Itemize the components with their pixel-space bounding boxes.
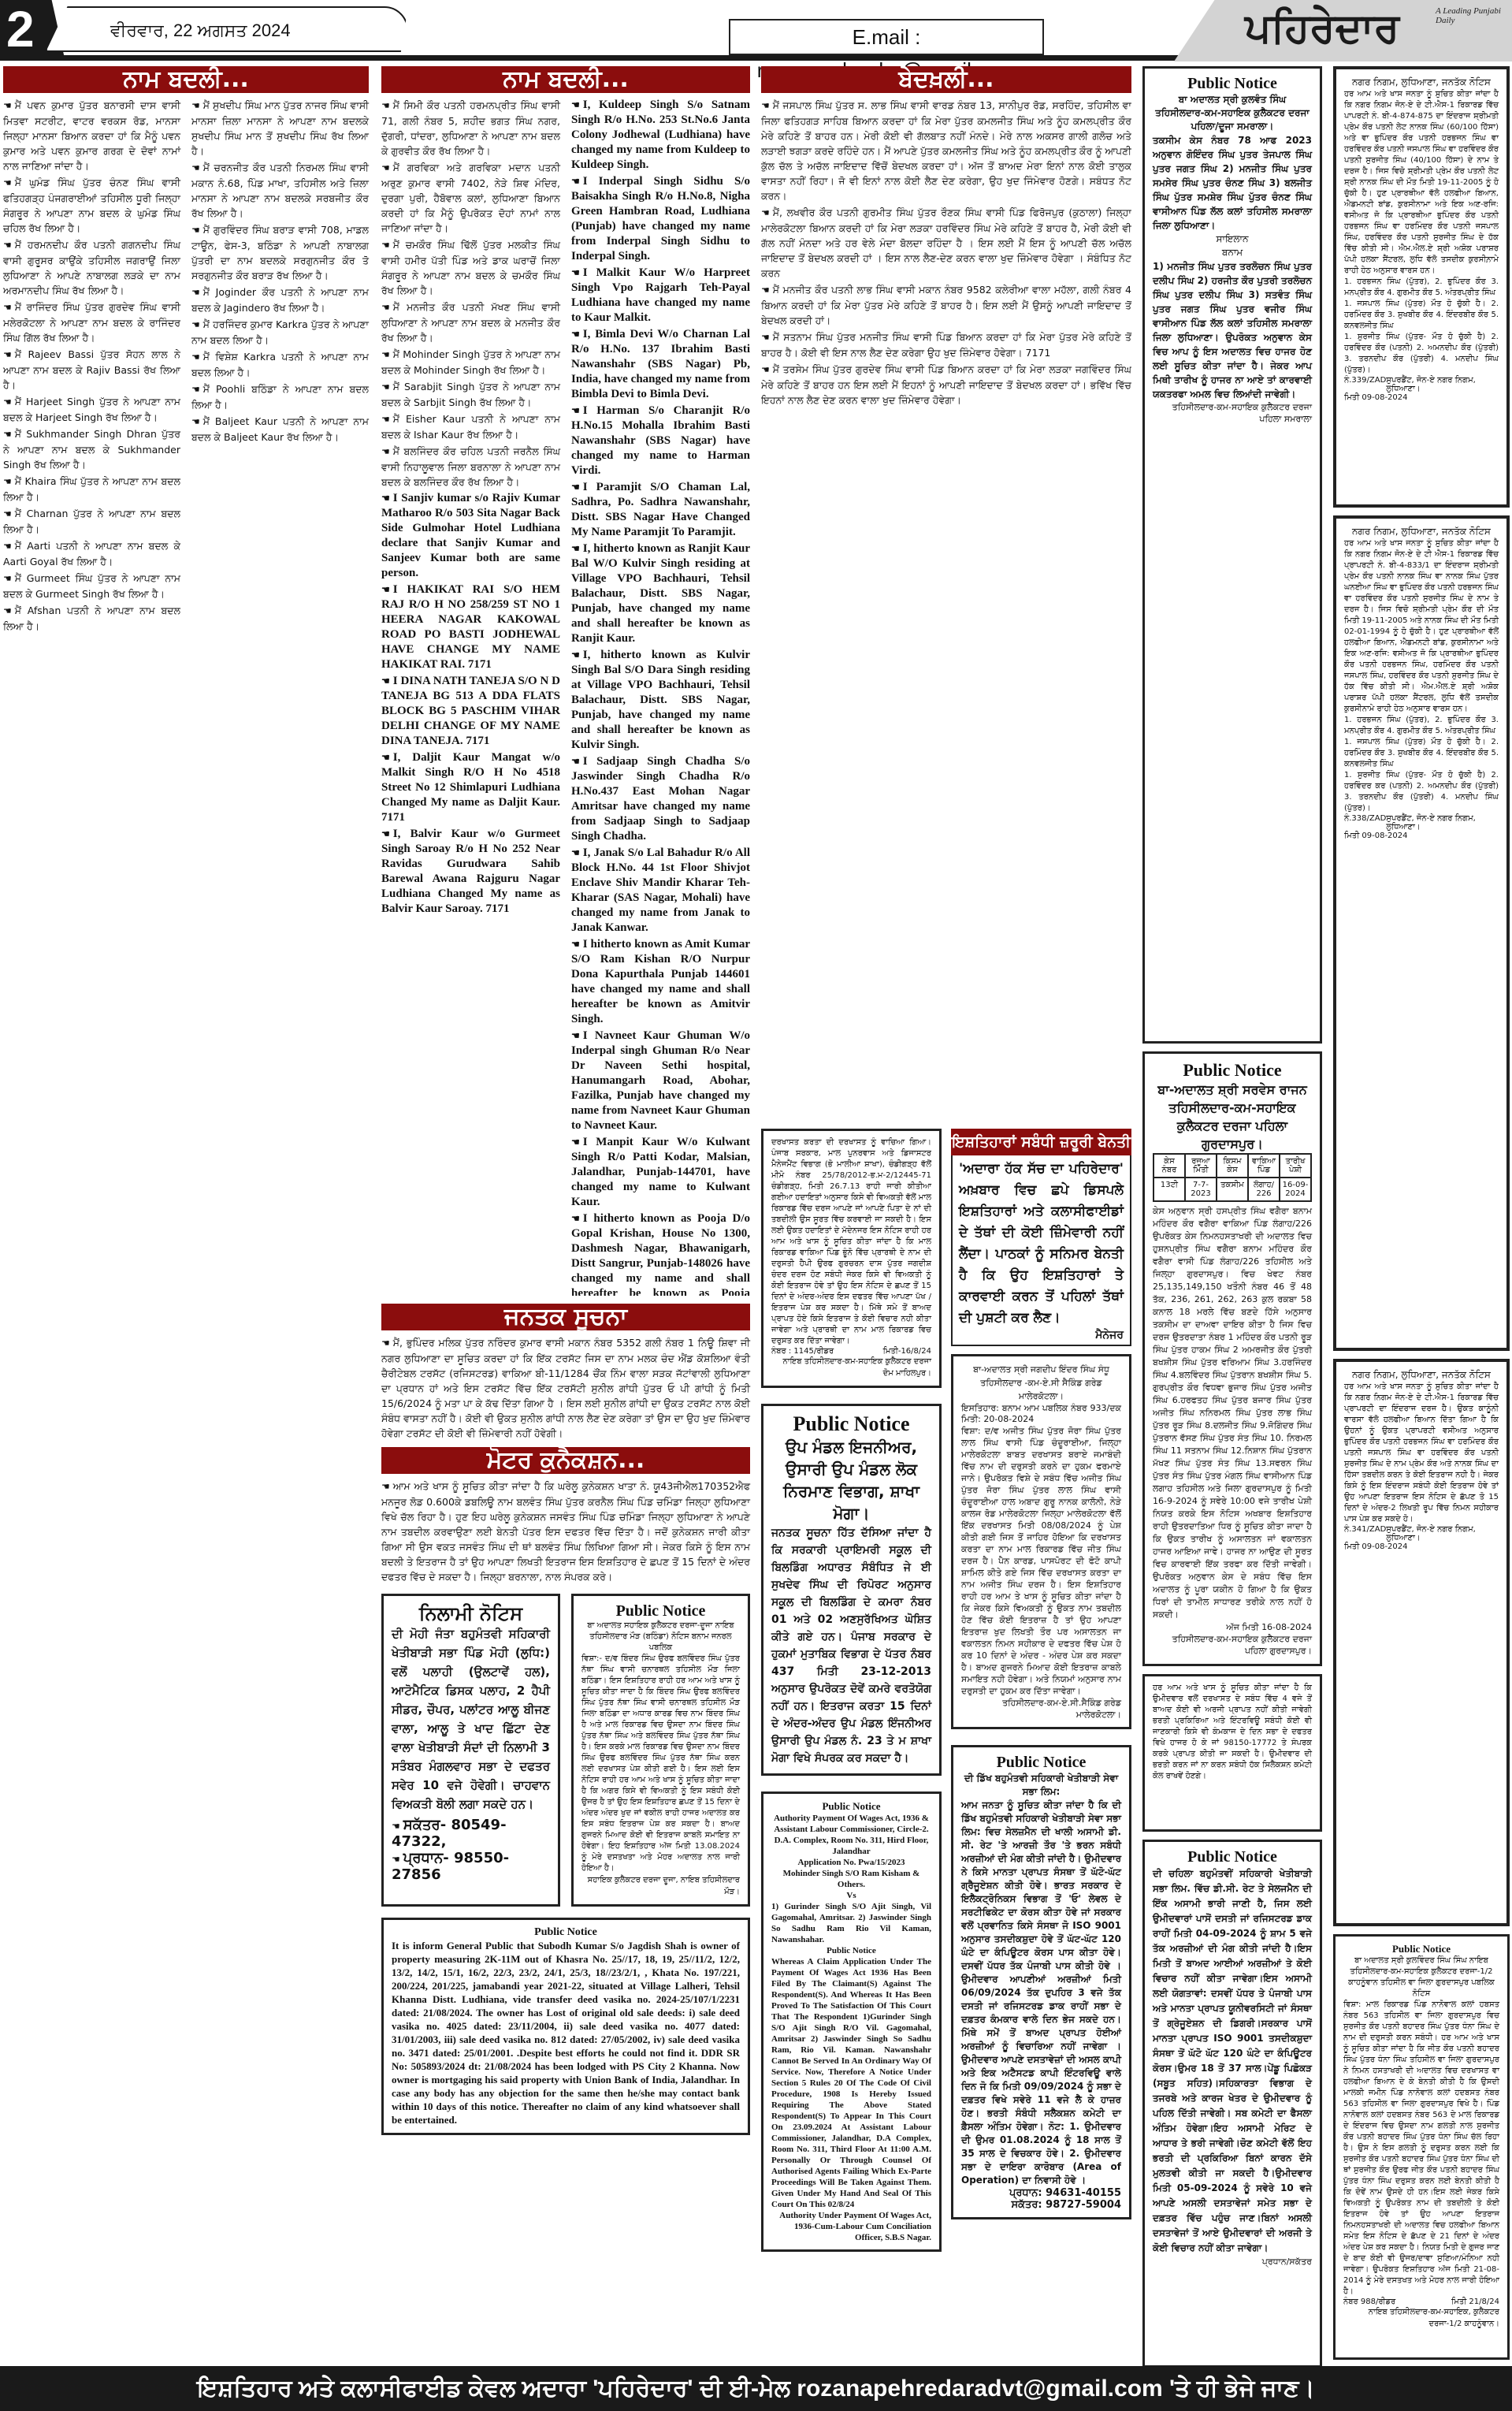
classified-entry: ☚ਮੈਂ Sukhmander Singh Dhran ਪੁੱਤਰ ਨੇ ਆਪਣ… xyxy=(3,426,180,472)
pointing-hand-icon: ☚ xyxy=(191,319,200,330)
classified-entry: ☚ਮੈਂ Gurmeet ਸਿੰਘ ਪੁੱਤਰ ਨੇ ਆਪਣਾ ਨਾਮ ਬਦਲ … xyxy=(3,571,180,601)
notice-body: ਵਿਸ਼ਾ: ਮਾਲ ਰਿਕਾਰਡ ਪਿੰਡ ਨਾਨੋਵਾਲ ਕਲਾਂ ਹਬਸਤ… xyxy=(1343,2000,1499,2298)
motor-connection-entry: ☚ਆਮ ਅਤੇ ਖਾਸ ਨੂੰ ਸੂਚਿਤ ਕੀਤਾ ਜਾਂਦਾ ਹੈ ਕਿ ਘ… xyxy=(381,1479,750,1584)
column-name-change-2: ਨਾਮ ਬਦਲੀ... ☚ਮੈਂ ਸਿਮੀ ਕੌਰ ਪਤਨੀ ਹਰਮਨਪ੍ਰੀਤ… xyxy=(381,66,750,2143)
pointing-hand-icon: ☚ xyxy=(3,429,12,440)
notice-signature: ਸੁਪਰਡੈਂਟ, ਜੋਨ-ਏ ਨਗਰ ਨਿਗਮ, ਲੁਧਿਆਣਾ। xyxy=(1386,376,1499,393)
disinherit-entry: ☚ਮੈਂ ਸਤਨਾਮ ਸਿੰਘ ਪੁੱਤਰ ਮਨਜੀਤ ਸਿੰਘ ਵਾਸੀ ਪਿ… xyxy=(761,329,1131,360)
notice-ref: ਨੰਬਰ : 1145/ਰੀਡਰ xyxy=(771,1347,834,1356)
ludhiana-mc-notice: ਨਗਰ ਨਿਗਮ, ਲੁਧਿਆਣਾ, ਜਨਤੱਕ ਨੋਟਿਸ ਹਰ ਆਮ ਅਤੇ… xyxy=(1333,66,1510,508)
table-header: ਤਾਰੀਖ ਪੇਸ਼ੀ xyxy=(1280,1154,1311,1178)
notice-signature: ਸੁਪਰਡੈਂਟ, ਜੋਨ-ਏ ਨਗਰ ਨਿਗਮ, ਲੁਧਿਆਣਾ। xyxy=(1386,814,1499,832)
classified-entry: ☚ਮੈਂ ਚਮਕੌਰ ਸਿੰਘ ਢਿੱਲੋਂ ਪੁੱਤਰ ਮਲਕੀਤ ਸਿੰਘ … xyxy=(381,237,560,298)
notice-ref: ਨੰ.338/ZAD xyxy=(1344,814,1386,832)
classified-entry: ☚I DINA NATH TANEJA S/O N D TANEJA BG 51… xyxy=(381,674,560,749)
notice-society: ਦੀ ਡਿੱਖ ਬਹੁਮੰਤਵੀ ਸਹਿਕਾਰੀ ਖੇਤੀਬਾੜੀ ਸੇਵਾ ਸ… xyxy=(961,1772,1121,1799)
notice-title: ਨਗਰ ਨਿਗਮ, ਲੁਧਿਆਣਾ, ਜਨਤੱਕ ਨੋਟਿਸ xyxy=(1344,1368,1499,1382)
notice-date: ਮਿਤੀ-16/8/24 xyxy=(883,1347,931,1356)
classified-entry: ☚I, Kuldeep Singh S/o Satnam Singh R/o H… xyxy=(571,98,750,173)
pointing-hand-icon: ☚ xyxy=(381,302,390,313)
pointing-hand-icon: ☚ xyxy=(381,828,390,839)
notice-ref: ਨੰ.339/ZAD xyxy=(1344,376,1386,393)
pointing-hand-icon: ☚ xyxy=(3,476,12,487)
pointing-hand-icon: ☚ xyxy=(3,100,12,111)
notice-title: Public Notice xyxy=(1153,75,1312,93)
pointing-hand-icon: ☚ xyxy=(381,240,390,251)
table-cell: 16-09-2024 xyxy=(1280,1178,1311,1201)
notice-title: Public Notice xyxy=(1153,1848,1312,1866)
notice-court: ਬਾ ਅਦਾਲਤ ਸ੍ਰੀ ਕੁਲਵਿੰਦਰ ਸਿੰਘ ਸਿੰਘ ਨਾਇਬ ਤਹ… xyxy=(1343,1955,1499,2000)
chahila-public-notice: Public Notice ਦੀ ਚਹਿਲਾ ਬਹੁਮੰਤਵੀਂ ਸਹਿਕਾਰੀ… xyxy=(1142,1840,1322,2368)
notice-title: Public Notice xyxy=(1153,1060,1312,1081)
column-notices-a: Public Notice ਬਾ ਅਦਾਲਤ ਸ੍ਰੀ ਕੁਲਵੰਤ ਸਿੰਘ … xyxy=(1142,66,1322,2376)
notice-title: ਨਗਰ ਨਿਗਮ, ਲੁਧਿਆਣਾ, ਜਨਤੱਕ ਨੋਟਿਸ xyxy=(1344,76,1499,89)
moga-public-notice: Public Notice ਉਪ ਮੰਡਲ ਇਜਨੀਅਰ, ਉਸਾਰੀ ਉਪ ਮ… xyxy=(761,1404,942,1776)
notice-signature: ਸਹਾਇਕ ਕੁਲੈਕਟਰ ਦਰਜਾ ਦੂਜਾ, ਨਾਇਬ ਤਹਿਸੀਲਦਾਰ … xyxy=(581,1874,740,1898)
classified-entry: ☚ਮੈਂ Khaira ਸਿੰਘ ਪੁੱਤਰ ਨੇ ਆਪਣਾ ਨਾਮ ਬਦਲ ਲ… xyxy=(3,474,180,504)
notice-court: ਬਾ ਅਦਾਲਤ ਸਹਾਇਕ ਕੁਲੈਕਟਰ ਦਰਜਾ-ਦੂਜਾ ਨਾਇਬ ਤਹ… xyxy=(581,1620,740,1654)
mahilpur-notice: ਦਰਖਾਸਤ ਕਰਤਾ ਦੀ ਦਰਖਾਸਤ ਨੂੰ ਵਾਚਿਆ ਗਿਆ। ਪੰਜ… xyxy=(761,1129,942,1388)
classified-entry: ☚ਮੈਂ ਸੁਖਦੀਪ ਸਿੰਘ ਮਾਨ ਪੁੱਤਰ ਨਾਜਰ ਸਿੰਘ ਵਾਸ… xyxy=(191,98,369,158)
secretary-phone: ☚ਸਕੱਤਰ- 80549-47322, xyxy=(392,1817,550,1850)
classified-entry: ☚I, Janak S/o Lal Bahadur R/o All Block … xyxy=(571,846,750,936)
pointing-hand-icon: ☚ xyxy=(381,493,390,504)
classified-entry: ☚I Paramjit S/O Chaman Lal, Sadhra, Po. … xyxy=(571,480,750,540)
table-header: ਕਿਸਮ ਕੇਸ xyxy=(1217,1154,1248,1178)
notice-date: ਮਿਤੀ 09-08-2024 xyxy=(1344,832,1499,840)
notice-body: ਹਰ ਆਮ ਅਤੇ ਖਾਸ ਜਨਤਾ ਨੂੰ ਸੁਚਿਤ ਕੀਤਾ ਜਾਂਦਾ … xyxy=(1344,538,1499,715)
ludhiana-mc-notice: ਨਗਰ ਨਿਗਮ, ਲੁਧਿਆਣਾ, ਜਨਤੱਕ ਨੋਟਿਸ ਹਰ ਆਮ ਅਤੇ… xyxy=(1333,515,1510,1351)
pointing-hand-icon: ☚ xyxy=(381,1481,390,1492)
heir-list: 1. ਹਰਭਜਨ ਸਿੰਘ (ਪੁੱਤਰ), 2. ਭੁਪਿੰਦਰ ਕੌਰ 3.… xyxy=(1344,715,1499,737)
pointing-hand-icon: ☚ xyxy=(3,240,12,251)
pointing-hand-icon: ☚ xyxy=(571,329,580,340)
classified-entry: ☚ਮੈਂ Mohinder Singh ਪੁੱਤਰ ਨੇ ਆਪਣਾ ਨਾਮ ਬਦ… xyxy=(381,347,560,378)
classified-entry: ☚ਮੈਂ Rajeev Bassi ਪੁੱਤਰ ਸੋਹਨ ਲਾਲ ਨੇ ਆਪਣਾ… xyxy=(3,347,180,393)
heir-list: 1. ਹਰਭਜਨ ਸਿੰਘ (ਪੁੱਤਰ), 2. ਭੁਪਿੰਦਰ ਕੌਰ 3.… xyxy=(1344,277,1499,299)
masthead: 2 ਵੀਰਵਾਰ, 22 ਅਗਸਤ 2024 E.mail : rozanape… xyxy=(0,0,1512,61)
pointing-hand-icon: ☚ xyxy=(381,381,390,393)
footer-banner: ਇਸ਼ਤਿਹਾਰ ਅਤੇ ਕਲਾਸੀਫਾਈਡ ਕੇਵਲ ਅਦਾਰਾ 'ਪਹਿਰੇ… xyxy=(0,2366,1512,2411)
notice-date: ਮਿਤੀ 09-08-2024 xyxy=(1344,1542,1499,1551)
classified-entry: ☚ਮੈਂ ਗੁਰਵਿੰਦਰ ਸਿੰਘ ਬਰਾੜ ਵਾਸੀ 708, ਮਾਡਲ ਟ… xyxy=(191,222,369,283)
notice-body: ਹਰ ਆਮ ਅਤੇ ਖਾਸ ਜਨਤਾ ਨੂੰ ਸੁਚਿਤ ਕੀਤਾ ਜਾਂਦਾ … xyxy=(1344,1382,1499,1525)
kahnuwan-public-notice: Public Notice ਬਾ ਅਦਾਲਤ ਸ੍ਰੀ ਕੁਲਵਿੰਦਰ ਸਿੰ… xyxy=(1333,1934,1510,2360)
pointing-hand-icon: ☚ xyxy=(571,176,580,187)
respondents: 1) Gurinder Singh S/O Ajit Singh, Vil Ga… xyxy=(771,1901,931,1945)
heir-list: 1. ਸੁਰਜੀਤ ਸਿੰਘ (ਪੁੱਤਰ- ਮੌਤ ਹੋ ਚੁੱਕੀ ਹੈ) … xyxy=(1344,770,1499,814)
pointing-hand-icon: ☚ xyxy=(191,100,200,111)
classified-entry: ☚ਮੈਂ ਘੁਮੰਡ ਸਿੰਘ ਪੁੱਤਰ ਚੰਨਣ ਸਿੰਘ ਵਾਸੀ ਫਤਿ… xyxy=(3,175,180,236)
notice-body: ਵਿਸ਼ਾ:- ਦ/ਵ ਬਿੰਦਰ ਸਿੰਘ ਉਰਫ ਬਲਵਿੰਦਰ ਸਿੰਘ … xyxy=(581,1654,740,1874)
gurdaspur-public-notice: Public Notice ਬਾ-ਅਦਾਲਤ ਸ਼੍ਰੀ ਸਰਵੇਸ ਰਾਜਨ … xyxy=(1142,1051,1322,1666)
pointing-hand-icon: ☚ xyxy=(3,349,12,360)
notice-authority: Authority Payment Of Wages Act, 1936 & A… xyxy=(771,1813,931,1857)
pointing-hand-icon: ☚ xyxy=(381,675,390,686)
ad-request-text: 'ਅਦਾਰਾ ਹੱਕ ਸੱਚ ਦਾ ਪਹਿਰੇਦਾਰ' ਅਖ਼ਬਾਰ ਵਿਚ ਛ… xyxy=(959,1159,1124,1329)
pointing-hand-icon: ☚ xyxy=(191,352,200,363)
notice-label-applicants: ਸਾਇਲਾਨ xyxy=(1153,233,1312,246)
section-header-disinherit: ਬੇਦਖ਼ਲੀ... xyxy=(761,66,1131,93)
notice-court: ਬਾ-ਅਦਾਲਤ ਸ੍ਰੀ ਜਗਦੀਪ ਇੰਦਰ ਸਿੰਘ ਸੰਧੂ ਤਹਿਸੀ… xyxy=(961,1363,1121,1403)
notice-body: ਆਮ ਜਨਤਾ ਨੂੰ ਸੂਚਿਤ ਕੀਤਾ ਜਾਂਦਾ ਹੈ ਕਿ ਦੀ ਡਿ… xyxy=(961,1799,1121,2187)
notice-ref: ਨੰਬਰ 988/ਰੀਡਰ xyxy=(1343,2298,1395,2306)
pointing-hand-icon: ☚ xyxy=(571,405,580,416)
page-number: 2 xyxy=(6,2,35,57)
pointing-hand-icon: ☚ xyxy=(761,332,770,343)
classified-entry: ☚ਮੈਂ ਹਰਜਿੰਦਰ ਕੁਮਾਰ Karkra ਪੁੱਤਰ ਨੇ ਆਪਣਾ … xyxy=(191,317,369,348)
notice-signature: ਸੁਪਰਡੈਂਟ, ਜੋਨ-ਏ ਨਗਰ ਨਿਗਮ, ਲੁਧਿਆਣਾ। xyxy=(1386,1525,1499,1542)
classified-entry: ☚ਮੈਂ Poohli ਬਠਿੰਡਾ ਨੇ ਆਪਣਾ ਨਾਮ ਬਦਲ ਲਿਆ ਹ… xyxy=(191,381,369,412)
notice-body: ਕੇਸ ਅਨੁਵਾਨ ਸ੍ਰੀ ਹਸਪ੍ਰੀਤ ਸਿੰਘ ਵਗੈਰਾ ਬਨਾਮ … xyxy=(1153,1205,1312,1621)
notice-court: ਬਾ-ਅਦਾਲਤ ਸ਼੍ਰੀ ਸਰਵੇਸ ਰਾਜਨ ਤਹਿਸੀਲਦਾਰ-ਕਮ-ਸ… xyxy=(1153,1081,1312,1153)
pointing-hand-icon: ☚ xyxy=(3,541,12,552)
tagline: A Leading Punjabi Daily xyxy=(1436,6,1512,25)
classified-entry: ☚ਮੈਂ ਚਰਨਜੀਤ ਕੌਰ ਪਤਨੀ ਨਿਰਮਲ ਸਿੰਘ ਵਾਸੀ ਮਕਾ… xyxy=(191,160,369,221)
table-header: ਕੇਸ ਨੰਬਰ xyxy=(1154,1154,1185,1178)
pointing-hand-icon: ☚ xyxy=(381,100,390,111)
notice-body: It is inform General Public that Subodh … xyxy=(392,1939,740,2126)
pointing-hand-icon: ☚ xyxy=(381,162,390,173)
classified-entry: ☚I Harman S/o Charanjit R/o H.No.15 Moha… xyxy=(571,404,750,478)
pointing-hand-icon: ☚ xyxy=(761,100,770,111)
pointing-hand-icon: ☚ xyxy=(571,482,580,493)
pointing-hand-icon: ☚ xyxy=(3,573,12,584)
pointing-hand-icon: ☚ xyxy=(571,543,580,554)
notice-signature: ਨਾਇਬ ਤਹਿਸੀਲਦਾਰ-ਕਮ-ਸਹਾਇਕ ਕੁਲੈਕਟਰ ਦਰਜਾ ਦੋਮ… xyxy=(771,1356,931,1379)
samrala-public-notice: Public Notice ਬਾ ਅਦਾਲਤ ਸ੍ਰੀ ਕੁਲਵੰਤ ਸਿੰਘ … xyxy=(1142,66,1322,1044)
classified-entry: ☚ਮੈਂ Baljeet Kaur ਪਤਨੀ ਨੇ ਆਪਣਾ ਨਾਮ ਬਦਲ ਕ… xyxy=(191,414,369,445)
classified-entry: ☚ਮੈਂ Sarabjit Singh ਪੁੱਤਰ ਨੇ ਆਪਣਾ ਨਾਮ ਬਦ… xyxy=(381,379,560,410)
wages-public-notice: Public Notice Authority Payment Of Wages… xyxy=(761,1792,942,2252)
notice-body: ਤਕਸੀਮ ਕੇਸ ਨੰਬਰ 78 ਆਫ 2023 ਅਨੁਵਾਨ ਗੋਇੰਦਰ … xyxy=(1153,133,1312,233)
classified-entry: ☚ਮੈਂ ਬਲਜਿੰਦਰ ਕੌਰ ਚਹਿਲ ਪਤਨੀ ਜਰਨੈਲ ਸਿੰਘ ਵਾ… xyxy=(381,444,560,489)
pointing-hand-icon: ☚ xyxy=(381,349,390,360)
notice-signature: ਤਹਿਸੀਲਦਾਰ-ਕਮ-ਸਹਾਇਕ ਕੁਲੈਕਟਰ ਦਰਜਾ ਪਹਿਲਾ ਸਮ… xyxy=(1153,401,1312,425)
section-header-ad-request: ਇਸ਼ਤਿਹਾਰਾਂ ਸਬੰਧੀ ਜ਼ਰੂਰੀ ਬੇਨਤੀ xyxy=(951,1129,1131,1155)
notice-body: ਦੀ ਮੋਹੀ ਜੰਤਾ ਬਹੁਮੰਤਵੀ ਸਹਿਕਾਰੀ ਖੇਤੀਬਾੜੀ ਸ… xyxy=(392,1624,550,1814)
secretary-phone: ਸਕੱਤਰ: 98727-59004 xyxy=(961,2199,1121,2211)
notice-signature: ਪ੍ਰਧਾਨ/ਸਕੱਤਰ xyxy=(1153,2256,1312,2268)
pointing-hand-icon: ☚ xyxy=(381,584,390,595)
pointing-hand-icon: ☚ xyxy=(381,446,390,457)
section-header-public-info: ਜਨਤਕ ਸੂਚਨਾ xyxy=(381,1304,750,1330)
notice-title: Public Notice xyxy=(581,1602,740,1620)
notice-signature: ਨਾਇਬ ਤਹਿਸੀਲਦਾਰ-ਕਮ-ਸਹਾਇਕ, ਕੁਲੈਕਟਰ ਦਰਜਾ-1/… xyxy=(1343,2306,1499,2330)
dhikh-public-notice: Public Notice ਦੀ ਡਿੱਖ ਬਹੁਮੰਤਵੀ ਸਹਿਕਾਰੀ ਖ… xyxy=(951,1745,1131,2219)
notice-body: Whereas A Claim Application Under The Pa… xyxy=(771,1956,931,2210)
column-right: ☚ਮੈਂ ਸੁਖਦੀਪ ਸਿੰਘ ਮਾਨ ਪੁੱਤਰ ਨਾਜਰ ਸਿੰਘ ਵਾਸ… xyxy=(191,98,369,635)
notice-body: ਜਨਤਕ ਸੂਚਨਾ ਹਿੱਤ ਦੱਸਿਆ ਜਾਂਦਾ ਹੈ ਕਿ ਸਰਕਾਰੀ… xyxy=(771,1524,931,1767)
disinherit-entry: ☚ਮੈਂ, ਲਖਵੀਰ ਕੌਰ ਪਤਨੀ ਗੁਰਮੀਤ ਸਿੰਘ ਪੁੱਤਰ ਰ… xyxy=(761,205,1131,281)
auction-notice: ਨਿਲਾਮੀ ਨੋਟਿਸ ਦੀ ਮੋਹੀ ਜੰਤਾ ਬਹੁਮੰਤਵੀ ਸਹਿਕਾ… xyxy=(381,1594,560,1907)
column-left: ☚ਮੈਂ ਸਿਮੀ ਕੌਰ ਪਤਨੀ ਹਰਮਨਪ੍ਰੀਤ ਸਿੰਘ ਵਾਸੀ 7… xyxy=(381,98,560,1296)
pointing-hand-icon: ☚ xyxy=(381,752,390,763)
issue-date: ਵੀਰਵਾਰ, 22 ਅਗਸਤ 2024 xyxy=(46,6,408,52)
notice-title: Public Notice xyxy=(392,1926,740,1939)
notice-label-versus: ਬਨਾਮ xyxy=(1153,246,1312,259)
pointing-hand-icon: ☚ xyxy=(392,1821,400,1832)
heir-list: 1. ਸੁਰਜੀਤ ਸਿੰਘ (ਪੁੱਤਰ- ਮੌਤ ਹੋ ਚੁੱਕੀ ਹੈ) … xyxy=(1344,332,1499,376)
pointing-hand-icon: ☚ xyxy=(3,508,12,519)
notice-body: ਦੀ ਚਹਿਲਾ ਬਹੁਮੰਤਵੀਂ ਸਹਿਕਾਰੀ ਖੇਤੀਬਾੜੀ ਸਭਾ … xyxy=(1153,1866,1312,2256)
pointing-hand-icon: ☚ xyxy=(381,414,390,425)
pointing-hand-icon: ☚ xyxy=(3,605,12,616)
heir-list: 1. ਜਸਪਾਲ ਸਿੰਘ (ਪੁੱਤਰ) ਮੌਤ ਹੋ ਚੁੱਕੀ ਹੈ। 2… xyxy=(1344,299,1499,332)
case-table: ਕੇਸ ਨੰਬਰ ਰਜੂਆ ਮਿਤੀ ਕਿਸਮ ਕੇਸ ਵਾਕਿਆ ਪਿੰਡ ਤ… xyxy=(1153,1153,1312,1202)
pointing-hand-icon: ☚ xyxy=(191,287,200,298)
pointing-hand-icon: ☚ xyxy=(761,207,770,218)
notice-title: Public Notice xyxy=(771,1412,931,1436)
public-info-entry: ☚ਮੈਂ, ਭੁਪਿੰਦਰ ਮਲਿਕ ਪੁੱਤਰ ਨਰਿੰਦਰ ਕੁਮਾਰ ਵਾ… xyxy=(381,1335,750,1441)
notice-title: Public Notice xyxy=(961,1754,1121,1772)
table-cell: ਤਕਸੀਮ xyxy=(1217,1178,1248,1201)
classified-entry: ☚I, hitherto known as Ranjit Kaur Bal W/… xyxy=(571,541,750,646)
column-name-change-1: ਨਾਮ ਬਦਲੀ... ☚ਮੈਂ ਪਵਨ ਕੁਮਾਰ ਪੁੱਤਰ ਬਨਾਰਸੀ … xyxy=(3,66,369,635)
pointing-hand-icon: ☚ xyxy=(571,99,580,110)
column-right: ☚I, Kuldeep Singh S/o Satnam Singh R/o H… xyxy=(571,98,750,1296)
pointing-hand-icon: ☚ xyxy=(571,1030,580,1041)
classified-entry: ☚ਮੈਂ Aarti ਪਤਨੀ ਨੇ ਆਪਣਾ ਨਾਮ ਬਦਲ ਕੇ Aarti… xyxy=(3,538,180,569)
classified-entry: ☚I Navneet Kaur Ghuman W/o Inderpal sing… xyxy=(571,1029,750,1133)
malerkotla-notice: ਬਾ-ਅਦਾਲਤ ਸ੍ਰੀ ਜਗਦੀਪ ਇੰਦਰ ਸਿੰਘ ਸੰਧੂ ਤਹਿਸੀ… xyxy=(951,1354,1131,1729)
pointing-hand-icon: ☚ xyxy=(3,177,12,188)
notice-court: ਬਾ ਅਦਾਲਤ ਸ੍ਰੀ ਕੁਲਵੰਤ ਸਿੰਘ ਤਹਿਸੀਲਦਾਰ-ਕਮ-ਸ… xyxy=(1153,93,1312,133)
application-number: Application No. Pwa/15/2023 xyxy=(771,1857,931,1868)
classified-entry: ☚ਮੈਂ ਮਨਜੀਤ ਕੌਰ ਪਤਨੀ ਮੱਖਣ ਸਿੰਘ ਵਾਸੀ ਲੁਧਿਆ… xyxy=(381,300,560,345)
versus: Vs xyxy=(771,1890,931,1901)
heir-list: 1. ਜਸਪਾਲ ਸਿੰਘ (ਪੁੱਤਰ) ਮੌਤ ਹੋ ਚੁੱਕੀ ਹੈ। 2… xyxy=(1344,737,1499,770)
notice-title: ਨਿਲਾਮੀ ਨੋਟਿਸ xyxy=(392,1602,550,1624)
pointing-hand-icon: ☚ xyxy=(571,756,580,767)
classified-entry: ☚I, Bimla Devi W/o Charnan Lal R/o H.No.… xyxy=(571,327,750,402)
pointing-hand-icon: ☚ xyxy=(571,267,580,278)
classified-entry: ☚ਮੈਂ Eisher Kaur ਪਤਨੀ ਨੇ ਆਪਣਾ ਨਾਮ ਬਦਲ ਕੇ… xyxy=(381,411,560,442)
classified-entry: ☚I HAKIKAT RAI S/O HEM RAJ R/O H NO 258/… xyxy=(381,582,560,672)
notice-subtitle: Public Notice xyxy=(771,1945,931,1956)
notice-body: ਹਰ ਆਮ ਅਤੇ ਖਾਸ ਨੂੰ ਸੂਚਿਤ ਕੀਤਾ ਜਾਂਦਾ ਹੈ ਕਿ… xyxy=(1153,1683,1312,1782)
section-header-motor-connection: ਮੋਟਰ ਕੁਨੈਕਸ਼ਨ... xyxy=(381,1447,750,1474)
pointing-hand-icon: ☚ xyxy=(571,649,580,660)
notice-respondents: 1) ਮਨਜੀਤ ਸਿੰਘ ਪੁਤਰ ਤਰਲੋਚਨ ਸਿੰਘ ਪੁਤਰ ਦਲੀਪ… xyxy=(1153,259,1312,401)
classified-entry: ☚ਮੈਂ ਗਰਵਿਕਾ ਅਤੇ ਗਰਵਿਕਾ ਮਦਾਨ ਪਤਨੀ ਅਰੁਣ ਕੁ… xyxy=(381,160,560,236)
pointing-hand-icon: ☚ xyxy=(571,1137,580,1148)
pointing-hand-icon: ☚ xyxy=(3,302,12,313)
notice-signature: ਤਹਿਸੀਲਦਾਰ-ਕਮ-ਏ.ਸੀ.ਸੈਕਿੰਡ ਗਰੇਡ ਮਾਲੇਰਕੋਟਲਾ… xyxy=(961,1697,1121,1721)
pointing-hand-icon: ☚ xyxy=(761,285,770,296)
table-cell: 7-7-2023 xyxy=(1185,1178,1217,1201)
classified-entry: ☚I Manpit Kaur W/o Kulwant Singh R/o Pat… xyxy=(571,1135,750,1210)
president-phone: ☚ਪ੍ਰਧਾਨ- 98550-27856 xyxy=(392,1850,550,1883)
column-left: ☚ਮੈਂ ਪਵਨ ਕੁਮਾਰ ਪੁੱਤਰ ਬਨਾਰਸੀ ਦਾਸ ਵਾਸੀ ਮਿਤ… xyxy=(3,98,180,635)
pointing-hand-icon: ☚ xyxy=(571,939,580,950)
classified-entry: ☚I Malkit Kaur W/o Harpreet Singh Vpo Ra… xyxy=(571,266,750,326)
notice-date: ਮਿਤੀ 21/8/24 xyxy=(1451,2298,1499,2306)
notice-body: ਦਰਖਾਸਤ ਕਰਤਾ ਦੀ ਦਰਖਾਸਤ ਨੂੰ ਵਾਚਿਆ ਗਿਆ। ਪੰਜ… xyxy=(771,1137,931,1347)
header-email[interactable]: E.mail : rozanapehredar@gmail.com xyxy=(729,19,1044,55)
pointing-hand-icon: ☚ xyxy=(191,225,200,236)
notice-department: ਉਪ ਮੰਡਲ ਇਜਨੀਅਰ, ਉਸਾਰੀ ਉਪ ਮੰਡਲ ਲੋਕ ਨਿਰਮਾਣ… xyxy=(771,1436,931,1524)
notice-body: ਹਰ ਆਮ ਅਤੇ ਖਾਸ ਜਨਤਾ ਨੂੰ ਸੁਚਿਤ ਕੀਤਾ ਜਾਂਦਾ … xyxy=(1344,89,1499,277)
pointing-hand-icon: ☚ xyxy=(191,416,200,427)
classified-entry: ☚ਮੈਂ ਸਿਮੀ ਕੌਰ ਪਤਨੀ ਹਰਮਨਪ੍ਰੀਤ ਸਿੰਘ ਵਾਸੀ 7… xyxy=(381,98,560,158)
disinherit-entry: ☚ਮੈਂ ਜਸਪਾਲ ਸਿੰਘ ਪੁੱਤਰ ਸ. ਲਾਭ ਸਿੰਘ ਵਾਸੀ ਵ… xyxy=(761,98,1131,203)
table-header: ਰਜੂਆ ਮਿਤੀ xyxy=(1185,1154,1217,1178)
classified-entry: ☚ਮੈਂ Joginder ਕੌਰ ਪਤਨੀ ਨੇ ਆਪਣਾ ਨਾਮ ਬਦਲ ਕ… xyxy=(191,285,369,315)
notice-body: ਵਿਸ਼ਾ: ਦ/ਵ ਅਜੀਤ ਸਿੰਘ ਪੁੱਤਰ ਜੋਰਾ ਸਿੰਘ ਪੁੱ… xyxy=(961,1425,1121,1697)
notice-title: Public Notice xyxy=(771,1800,931,1813)
classified-entry: ☚I hitherto known as Pooja D/o Gopal Kri… xyxy=(571,1211,750,1296)
pointing-hand-icon: ☚ xyxy=(191,384,200,395)
pointing-hand-icon: ☚ xyxy=(571,847,580,858)
table-cell: 13ਟੀ xyxy=(1154,1178,1185,1201)
ludhiana-mc-notice: ਨਗਰ ਨਿਗਮ, ਲੁਧਿਆਣਾ, ਜਨਤੱਕ ਨੋਟਿਸ ਹਰ ਆਮ ਅਤੇ… xyxy=(1333,1359,1510,1926)
disinherit-entry: ☚ਮੈਂ ਮਨਜੀਤ ਕੌਰ ਪਤਨੀ ਲਾਭ ਸਿੰਘ ਵਾਸੀ ਮਕਾਨ ਨ… xyxy=(761,282,1131,328)
classified-entry: ☚I Sanjiv kumar s/o Rajiv Kumar Matharoo… xyxy=(381,491,560,581)
khanna-public-notice: Public Notice It is inform General Publi… xyxy=(381,1918,750,2135)
classified-entry: ☚ਮੈਂ ਹਰਮਨਦੀਪ ਕੌਰ ਪਤਨੀ ਗਗਨਦੀਪ ਸਿੰਘ ਵਾਸੀ ਗ… xyxy=(3,237,180,298)
table-header: ਵਾਕਿਆ ਪਿੰਡ xyxy=(1248,1154,1280,1178)
classified-entry: ☚I Inderpal Singh Sidhu S/o Baisakha Sin… xyxy=(571,174,750,264)
classified-entry: ☚ਮੈਂ ਰਾਜਿੰਦਰ ਸਿੰਘ ਪੁੱਤਰ ਗੁਰਦੇਵ ਸਿੰਘ ਵਾਸੀ… xyxy=(3,300,180,345)
notice-ref: ਨੰ.341/ZAD xyxy=(1344,1525,1386,1542)
disinherit-entry: ☚ਮੈਂ ਤਰਸੇਮ ਸਿੰਘ ਪੁੱਤਰ ਗੁਰਦੇਵ ਸਿੰਘ ਵਾਸੀ ਪ… xyxy=(761,362,1131,407)
table-cell: ਲੰਗਾਹ/ 226 xyxy=(1248,1178,1280,1201)
classified-entry: ☚ਮੈਂ Afshan ਪਤਨੀ ਨੇ ਆਪਣਾ ਨਾਮ ਬਦਲ ਲਿਆ ਹੈ। xyxy=(3,603,180,634)
applicant: Mohinder Singh S/O Ram Kisham & Others. xyxy=(771,1868,931,1890)
pointing-hand-icon: ☚ xyxy=(381,1338,390,1349)
bathinda-public-notice: Public Notice ਬਾ ਅਦਾਲਤ ਸਹਾਇਕ ਕੁਲੈਕਟਰ ਦਰਜ… xyxy=(571,1594,750,1907)
notice-signature: Authority Under Payment Of Wages Act, 19… xyxy=(771,2210,931,2243)
classified-entry: ☚I, Daljit Kaur Mangat w/o Malkit Singh … xyxy=(381,750,560,825)
pointing-hand-icon: ☚ xyxy=(761,364,770,375)
classified-entry: ☚I, hitherto known as Kulvir Singh Bal S… xyxy=(571,648,750,753)
notice-ref: ਇਸਤਿਹਾਰ: ਬਨਾਮ ਆਮ ਪਬਲਿਕ ਨੰਬਰ 933/ਦਕ ਮਿਤੀ:… xyxy=(961,1403,1121,1425)
notice-signature: ਤਹਿਸੀਲਦਾਰ-ਕਮ-ਸਹਾਇਕ ਕੁਲੈਕਟਰ ਦਰਜਾ ਪਹਿਲਾ ਗੁ… xyxy=(1153,1633,1312,1657)
pointing-hand-icon: ☚ xyxy=(392,1854,400,1865)
president-phone: ਪ੍ਰਧਾਨ: 94631-40155 xyxy=(961,2187,1121,2199)
pointing-hand-icon: ☚ xyxy=(3,396,12,407)
ad-request-signature: ਮੈਨੇਜਰ xyxy=(959,1329,1124,1341)
section-header-name-change: ਨਾਮ ਬਦਲੀ... xyxy=(3,66,369,93)
classified-entry: ☚I Sadjaap Singh Chadha S/o Jaswinder Si… xyxy=(571,754,750,844)
pointing-hand-icon: ☚ xyxy=(191,162,200,173)
column-notices-b: ਨਗਰ ਨਿਗਮ, ਲੁਧਿਆਣਾ, ਜਨਤੱਕ ਨੋਟਿਸ ਹਰ ਆਮ ਅਤੇ… xyxy=(1333,66,1510,2368)
ad-request-box: 'ਅਦਾਰਾ ਹੱਕ ਸੱਚ ਦਾ ਪਹਿਰੇਦਾਰ' ਅਖ਼ਬਾਰ ਵਿਚ ਛ… xyxy=(951,1155,1131,1346)
classified-entry: ☚I hitherto known as Amit Kumar S/O Ram … xyxy=(571,937,750,1027)
notice-date: ਮਿਤੀ 09-08-2024 xyxy=(1344,393,1499,402)
newspaper-logo: ਪਹਿਰੇਦਾਰ xyxy=(1245,5,1399,53)
classified-entry: ☚I, Balvir Kaur w/o Gurmeet Singh Saroay… xyxy=(381,827,560,917)
column-disinherit: ਬੇਦਖ਼ਲੀ... ☚ਮੈਂ ਜਸਪਾਲ ਸਿੰਘ ਪੁੱਤਰ ਸ. ਲਾਭ … xyxy=(761,66,1131,2260)
classified-entry: ☚ਮੈਂ Harjeet Singh ਪੁੱਤਰ ਨੇ ਆਪਣਾ ਨਾਮ ਬਦਲ… xyxy=(3,394,180,425)
classified-entry: ☚ਮੈਂ Charnan ਪੁੱਤਰ ਨੇ ਆਪਣਾ ਨਾਮ ਬਦਲ ਲਿਆ ਹ… xyxy=(3,506,180,537)
classified-entry: ☚ਮੈਂ ਵਿਸ਼ੇਸ਼ Karkra ਪਤਨੀ ਨੇ ਆਪਣਾ ਨਾਮ ਬਦਲ… xyxy=(191,349,369,380)
notice-date: ਅੱਜ ਮਿਤੀ 16-08-2024 xyxy=(1153,1621,1312,1633)
notice-title: ਨਗਰ ਨਿਗਮ, ਲੁਧਿਆਣਾ, ਜਨਤੱਕ ਨੋਟਿਸ xyxy=(1344,525,1499,538)
recruitment-notice: ਹਰ ਆਮ ਅਤੇ ਖਾਸ ਨੂੰ ਸੂਚਿਤ ਕੀਤਾ ਜਾਂਦਾ ਹੈ ਕਿ… xyxy=(1142,1674,1322,1832)
classified-entry: ☚ਮੈਂ ਪਵਨ ਕੁਮਾਰ ਪੁੱਤਰ ਬਨਾਰਸੀ ਦਾਸ ਵਾਸੀ ਮਿਤ… xyxy=(3,98,180,173)
notice-title: Public Notice xyxy=(1343,1943,1499,1955)
section-header-name-change: ਨਾਮ ਬਦਲੀ... xyxy=(381,66,750,93)
pointing-hand-icon: ☚ xyxy=(571,1213,580,1224)
